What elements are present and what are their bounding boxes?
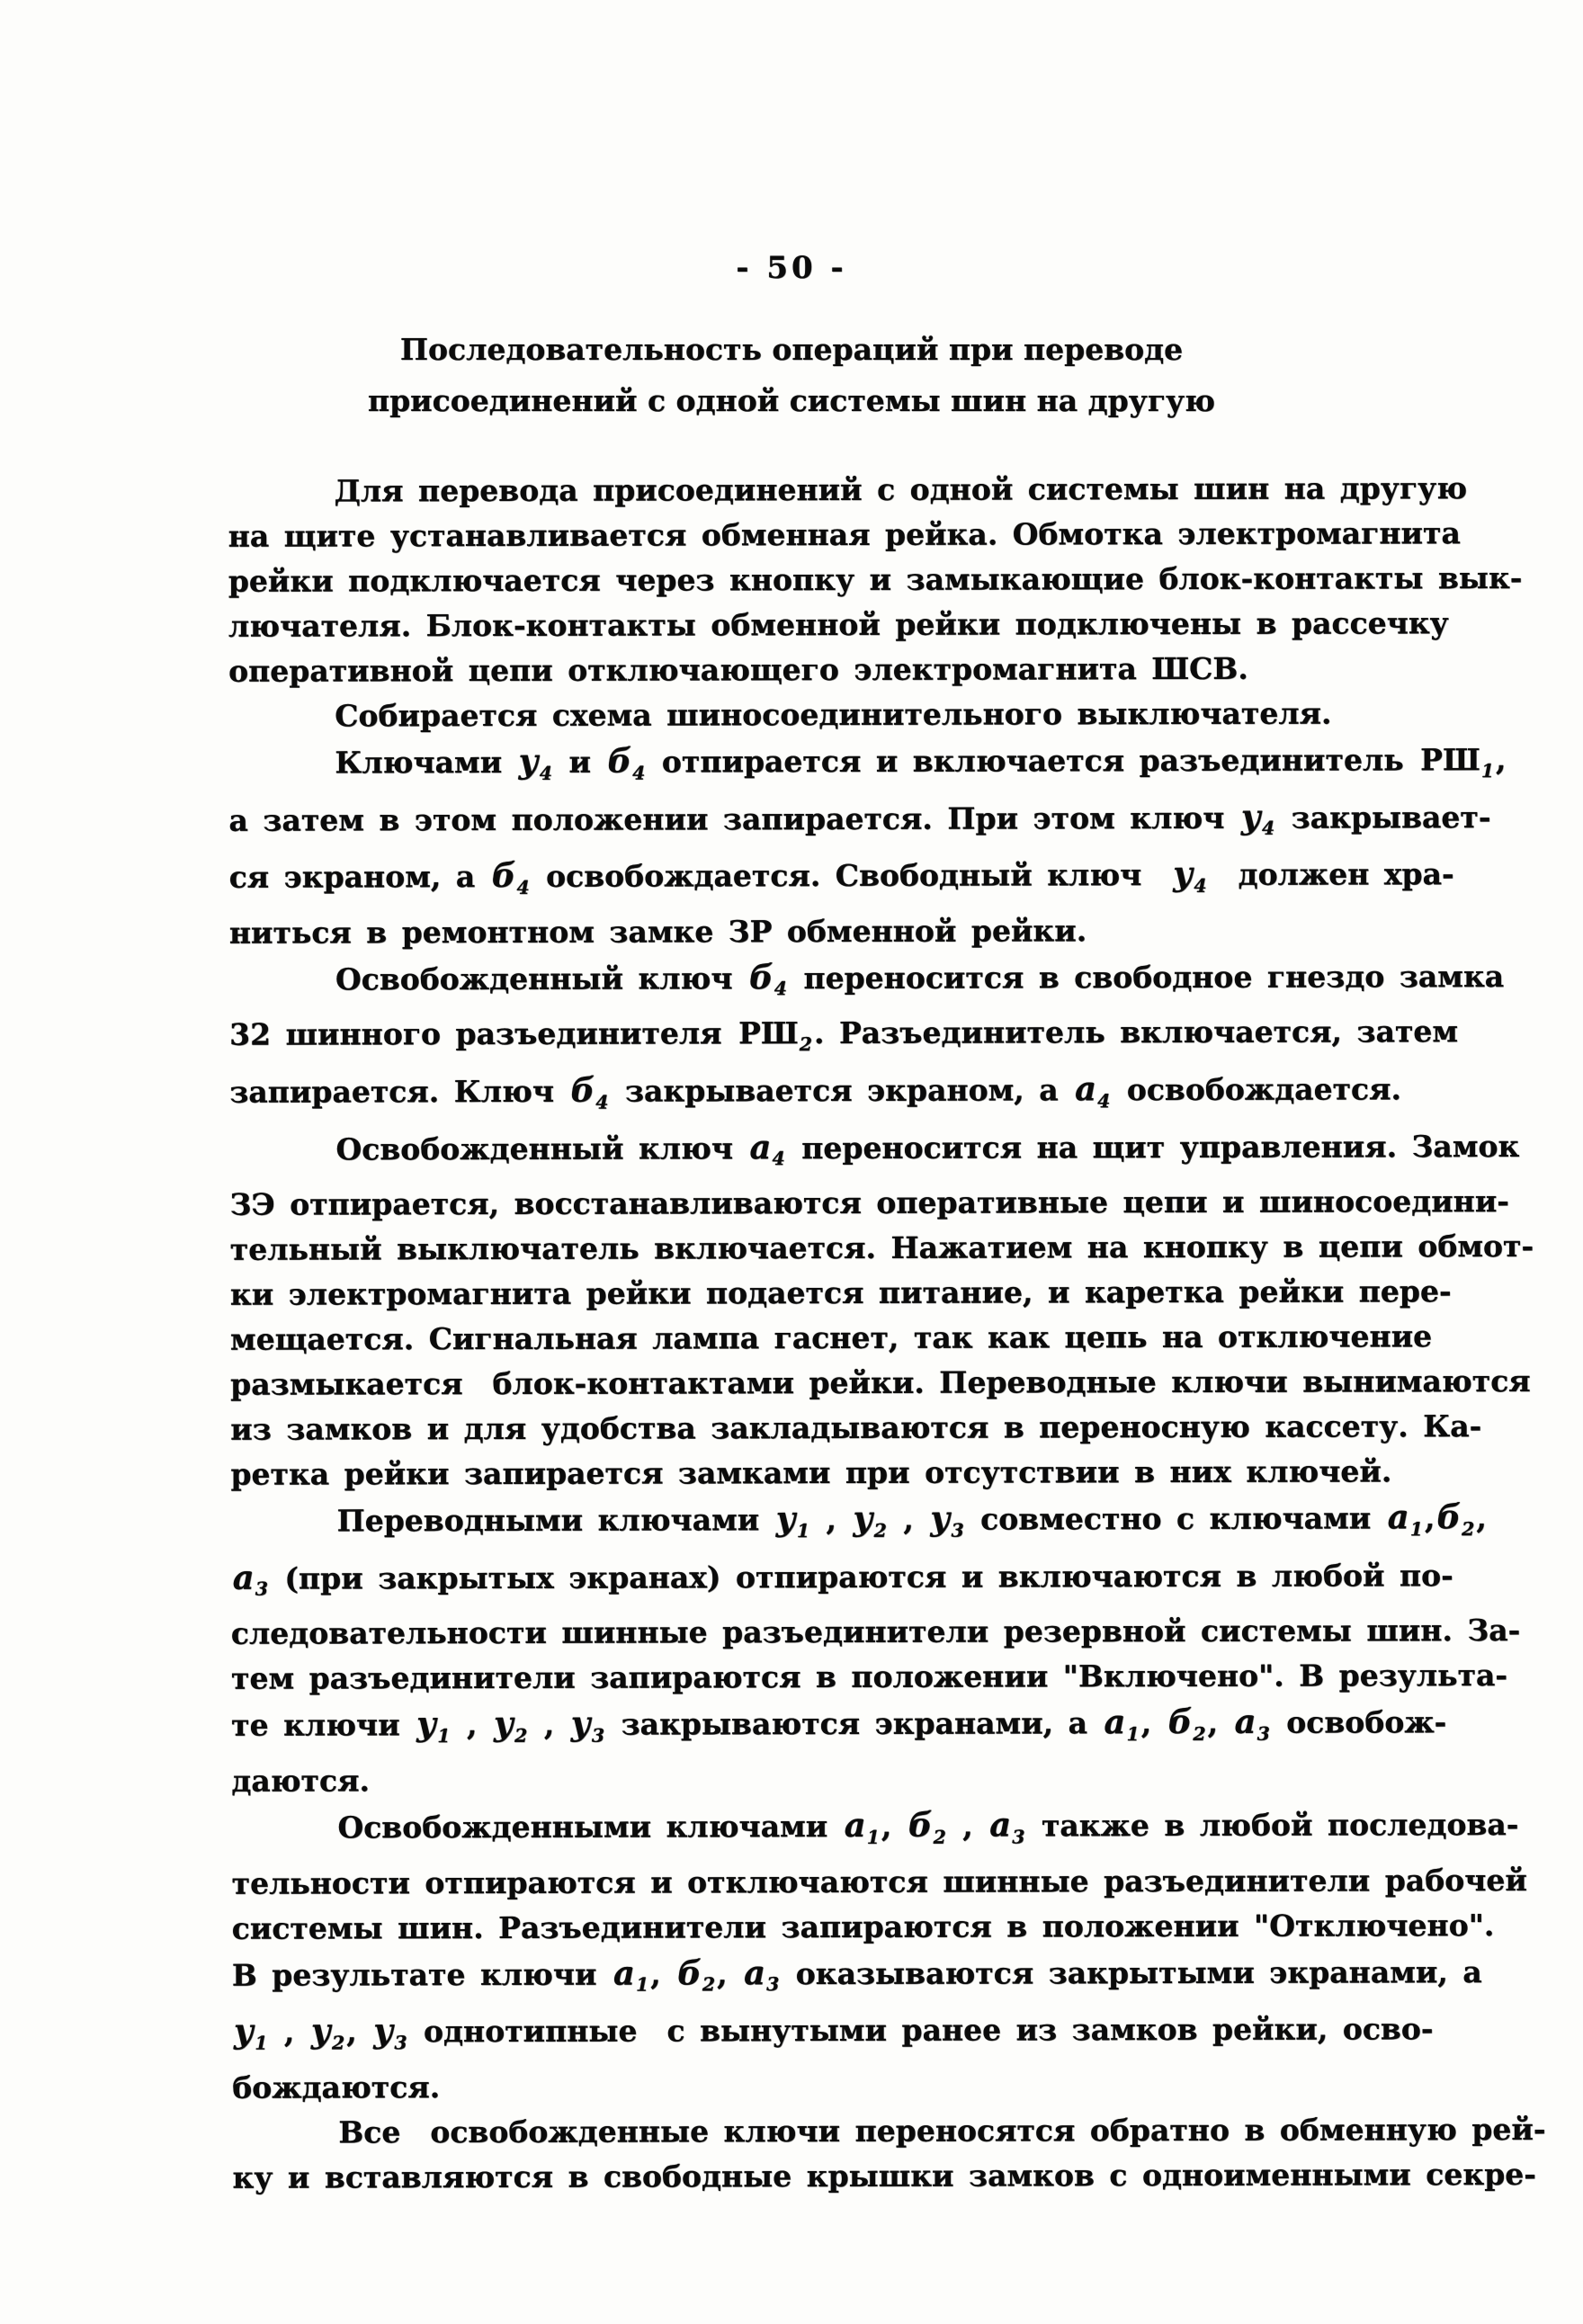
title-line-2: присоединений с одной системы шин на дру…: [207, 375, 1376, 426]
text-line: следовательности шинные разъединители ре…: [231, 1609, 1427, 1657]
text-line: Все освобожденные ключи переносятся обра…: [232, 2107, 1428, 2155]
key-symbol: а1: [1102, 1705, 1140, 1740]
key-symbol: а3: [1233, 1705, 1272, 1740]
text-line: Собирается схема шиносоединительного вык…: [228, 691, 1425, 738]
key-symbol: а1: [843, 1809, 881, 1844]
key-symbol: у2: [851, 1502, 888, 1537]
key-symbol: б2: [1435, 1500, 1476, 1535]
paragraph: Переводными ключами у1 , у2 , у3 совмест…: [230, 1494, 1427, 1803]
paragraph: Освобожденный ключ а4 переносится на щит…: [229, 1122, 1426, 1497]
scanned-document-page: - 50 - Последовательность операций при п…: [0, 0, 1583, 2324]
key-symbol: у1: [415, 1707, 452, 1742]
key-symbol: б2: [1167, 1705, 1208, 1740]
key-symbol: б2: [907, 1809, 948, 1844]
key-symbol: б4: [747, 961, 789, 996]
text-line: ки электромагнита рейки подается питание…: [230, 1269, 1426, 1317]
key-symbol: у3: [371, 2014, 408, 2049]
text-line: оперативной цепи отключающего электромаг…: [228, 646, 1425, 693]
text-line: 32 шинного разъединителя РШ2. Разъединит…: [229, 1010, 1426, 1068]
page-number: - 50 -: [0, 250, 1583, 286]
key-symbol: у1: [232, 2015, 269, 2050]
paragraph: Для перевода присоединений с одной систе…: [228, 466, 1425, 693]
text-line: Освобожденный ключ а4 переносится на щит…: [229, 1122, 1426, 1183]
paragraph: Освобожденный ключ б4 переносится в своб…: [229, 952, 1426, 1125]
text-line: тельный выключатель включается. Нажатием…: [230, 1224, 1426, 1272]
text-line: Освобожденный ключ б4 переносится в своб…: [229, 952, 1426, 1013]
text-line: даются.: [231, 1756, 1427, 1803]
text-line: системы шин. Разъединители запираются в …: [232, 1903, 1428, 1951]
key-symbol: у1: [774, 1502, 811, 1537]
text-line: ниться в ремонтном замке ЗР обменной рей…: [229, 907, 1426, 955]
key-symbol: у2: [309, 2015, 346, 2050]
title-line-1: Последовательность операций при переводе: [207, 324, 1376, 375]
key-symbol: РШ2: [737, 1015, 814, 1050]
key-symbol: у4: [517, 745, 554, 780]
text-line: В результате ключи а1, б2, а3 оказываютс…: [232, 1948, 1428, 2008]
text-line: из замков и для удобства закладываются в…: [230, 1404, 1426, 1452]
text-line: тем разъединители запираются в положении…: [231, 1654, 1427, 1702]
key-symbol: а1: [1386, 1500, 1425, 1535]
text-line: рейки подключается через кнопку и замыка…: [228, 556, 1425, 603]
key-symbol: а4: [1073, 1072, 1112, 1107]
text-line: запирается. Ключ б4 закрывается экраном,…: [229, 1065, 1426, 1125]
key-symbol: б4: [490, 859, 532, 894]
paragraph: Освобожденными ключами а1, б2 , а3 также…: [231, 1801, 1428, 2110]
key-symbol: у3: [928, 1502, 965, 1537]
key-symbol: а3: [742, 1956, 781, 1991]
text-line: Переводными ключами у1 , у2 , у3 совмест…: [230, 1494, 1426, 1554]
key-symbol: а3: [988, 1808, 1026, 1843]
text-line: бождаются.: [232, 2062, 1428, 2110]
text-line: мещается. Сигнальная лампа гаснет, так к…: [230, 1314, 1426, 1362]
document-title: Последовательность операций при переводе…: [207, 324, 1376, 426]
text-line: размыкается блок-контактами рейки. Перев…: [230, 1359, 1426, 1407]
key-symbol: а3: [231, 1560, 270, 1596]
text-line: Освобожденными ключами а1, б2 , а3 также…: [231, 1801, 1427, 1861]
text-line: у1 , у2, у3 однотипные с вынутыми ранее …: [232, 2005, 1428, 2065]
text-line: Ключами у4 и б4 отпирается и включается …: [228, 736, 1425, 796]
key-symbol: а4: [747, 1131, 786, 1166]
text-line: те ключи у1 , у2 , у3 закрываются экрана…: [231, 1699, 1427, 1759]
text-line: на щите устанавливается обменная рейка. …: [228, 511, 1425, 559]
key-symbol: б2: [675, 1956, 717, 1991]
key-symbol: б4: [605, 745, 647, 780]
key-symbol: у3: [569, 1707, 606, 1742]
text-line: ку и вставляются в свободные крышки замк…: [232, 2152, 1428, 2200]
text-line: а затем в этом положении запирается. При…: [228, 793, 1425, 854]
text-line: а3 (при закрытых экранах) отпираются и в…: [231, 1551, 1427, 1612]
text-line: ретка рейки запирается замками при отсут…: [230, 1449, 1426, 1497]
text-line: ЗЭ отпирается, восстанавливаются операти…: [230, 1179, 1426, 1227]
paragraph: Все освобожденные ключи переносятся обра…: [232, 2107, 1428, 2200]
document-body: Для перевода присоединений с одной систе…: [228, 466, 1428, 2200]
key-symbol: РШ1: [1418, 742, 1496, 777]
text-line: лючателя. Блок-контакты обменной рейки п…: [228, 601, 1425, 648]
text-line: тельности отпираются и отключаются шинны…: [232, 1858, 1428, 1906]
text-line: Для перевода присоединений с одной систе…: [228, 466, 1424, 514]
key-symbol: у4: [1171, 857, 1208, 892]
key-symbol: а1: [612, 1956, 650, 1991]
key-symbol: б4: [568, 1074, 610, 1109]
text-line: ся экраном, а б4 освобождается. Свободны…: [229, 850, 1426, 910]
key-symbol: у2: [492, 1707, 529, 1742]
key-symbol: у4: [1239, 800, 1276, 835]
paragraph: Собирается схема шиносоединительного вык…: [228, 691, 1425, 738]
paragraph: Ключами у4 и б4 отпирается и включается …: [228, 736, 1426, 955]
